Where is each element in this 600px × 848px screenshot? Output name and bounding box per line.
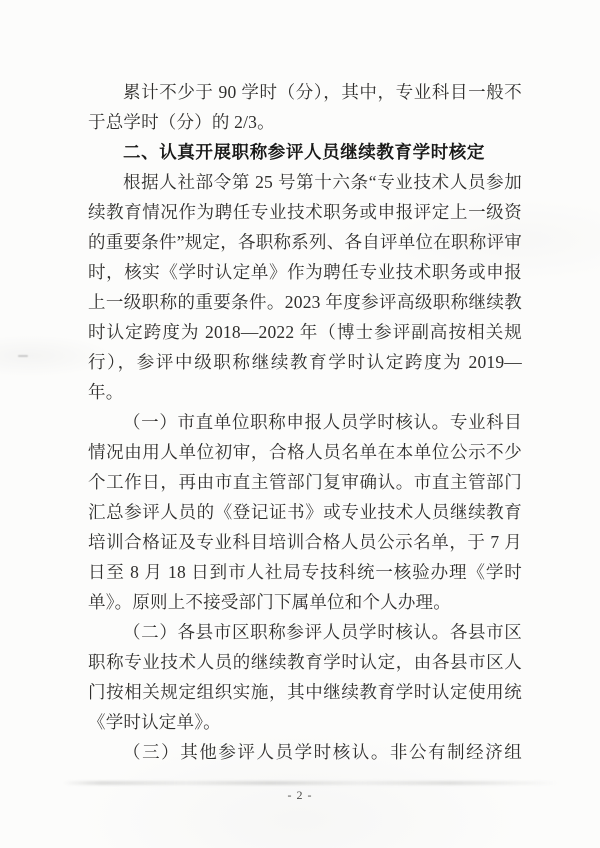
page-number: - 2 - xyxy=(0,788,600,802)
text-line: 行），参评中级职称继续教育学时认定跨度为 2019—2022 xyxy=(88,347,522,377)
text-line: 上一级职称的重要条件。2023 年度参评高级职称继续教育学 xyxy=(88,287,522,317)
scan-artifact-smudge xyxy=(62,781,560,785)
text-line: 培训合格证及专业科目培训合格人员公示名单，于 7 月 17 xyxy=(88,527,522,557)
text-line: （三）其他参评人员学时核认。非公有制经济组织、社 xyxy=(88,737,522,767)
text-line: 的重要条件”规定，各职称系列、各自评单位在职称评审（聘） xyxy=(88,227,522,257)
text-line: 职称专业技术人员的继续教育学时认定，由各县市区人社部 xyxy=(88,647,522,677)
text-line: 单》。原则上不接受部门下属单位和个人办理。 xyxy=(88,587,522,617)
text-line: 日至 8 月 18 日到市人社局专技科统一核验办理《学时认定 xyxy=(88,557,522,587)
text-line: 个工作日，再由市直主管部门复审确认。市直主管部门收集 xyxy=(88,467,522,497)
text-line: 累计不少于 90 学时（分），其中，专业科目一般不少 xyxy=(88,77,522,107)
text-line: 汇总参评人员的《登记证书》或专业技术人员继续教育年度 xyxy=(88,497,522,527)
text-line: 于总学时（分）的 2/3。 xyxy=(88,107,522,137)
text-line: 时认定跨度为 2018—2022 年（博士参评副高按相关规定执 xyxy=(88,317,522,347)
text-line: 门按相关规定组织实施，其中继续教育学时认定使用统一的 xyxy=(88,677,522,707)
document-page: 累计不少于 90 学时（分），其中，专业科目一般不少于总学时（分）的 2/3。二… xyxy=(0,0,600,848)
text-line: （一）市直单位职称申报人员学时核认。专业科目培训 xyxy=(88,407,522,437)
text-line: 时，核实《学时认定单》作为聘任专业技术职务或申报评定 xyxy=(88,257,522,287)
text-line: 续教育情况作为聘任专业技术职务或申报评定上一级资格 xyxy=(88,197,522,227)
text-line: 《学时认定单》。 xyxy=(88,707,522,737)
text-line: （二）各县市区职称参评人员学时核认。各县市区参评 xyxy=(88,617,522,647)
section-heading: 二、认真开展职称参评人员继续教育学时核定 xyxy=(88,137,522,167)
text-line: 根据人社部令第 25 号第十六条“专业技术人员参加继 xyxy=(88,167,522,197)
text-line: 情况由用人单位初审，合格人员名单在本单位公示不少于 5 xyxy=(88,437,522,467)
document-body: 累计不少于 90 学时（分），其中，专业科目一般不少于总学时（分）的 2/3。二… xyxy=(88,77,522,767)
text-line: 年。 xyxy=(88,377,522,407)
scan-artifact-speck xyxy=(18,355,28,357)
